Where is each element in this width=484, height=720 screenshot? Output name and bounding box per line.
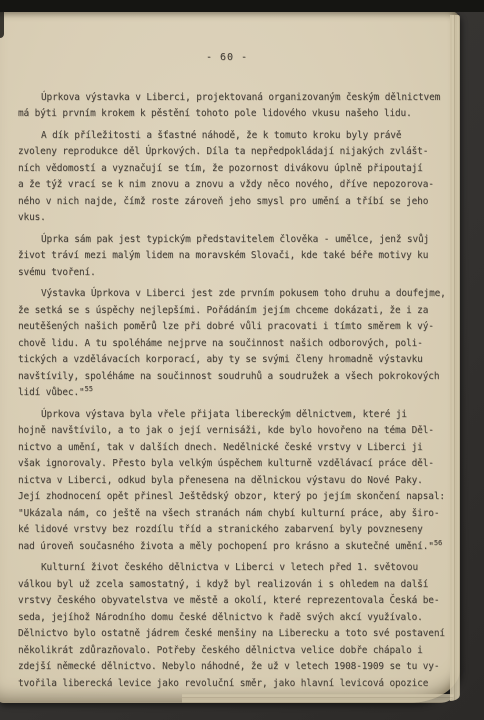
footnote-ref: 56 — [434, 539, 442, 547]
text-line: zvoleny reprodukce děl Úprkových. Díla t… — [18, 144, 436, 161]
text-line: tických a vzdělávacích korporací, aby ty… — [18, 352, 436, 369]
text-line: Kulturní život českého dělnictva v Liber… — [18, 560, 436, 577]
text-line: několikrát zdůrazňovalo. Potřeby českého… — [18, 643, 436, 660]
text-line: Úprkova výstava byla vřele přijata liber… — [18, 407, 436, 424]
text-line: A dík příležitosti a šťastné náhodě, že … — [18, 128, 436, 145]
text-line: Výstavka Úprkova v Liberci jest zde prvn… — [18, 286, 436, 303]
paragraph: Úprkova výstava byla vřele přijata liber… — [18, 407, 436, 556]
scan-photo-background: - 60 - Úprkova výstavka v Liberci, proje… — [0, 0, 484, 720]
paragraph: Úprkova výstavka v Liberci, projektovaná… — [18, 90, 436, 123]
text-line: však ignorovaly. Přesto byla velkým úspě… — [18, 456, 436, 473]
text-line: ních vědomostí a vyznačují se tím, že po… — [18, 161, 436, 178]
text-line: neutěšených našich poměrů lze při dobré … — [18, 319, 436, 336]
photo-top-bar — [0, 0, 484, 12]
text-block: Úprkova výstavka v Liberci, projektovaná… — [18, 90, 436, 693]
text-line: svému tvoření. — [18, 265, 436, 282]
photo-corner-shadow — [0, 12, 4, 38]
text-line: lidí vůbec."55 — [18, 385, 436, 402]
text-line: Úprka sám pak jest typickým představitel… — [18, 232, 436, 249]
text-line: že setká se s úspěchy nejlepšími. Pořádá… — [18, 303, 436, 320]
text-line: navštívily, spoléháme na součinnost soud… — [18, 369, 436, 386]
text-line: Dělnictvo bylo ostatně jádrem české menš… — [18, 626, 436, 643]
text-line: život tráví mezi malým lidem na moravské… — [18, 248, 436, 265]
text-line: vkus. — [18, 210, 436, 227]
footnote-ref: 55 — [85, 385, 93, 393]
text-line: vrstvy českého obyvatelstva ve městě a o… — [18, 593, 436, 610]
text-line: válkou byl už zcela samostatný, i když b… — [18, 577, 436, 594]
text-line: seda, jejíhož Národního domu české dělni… — [18, 610, 436, 627]
text-line: zdejší německé dělnictvo. Nebylo náhodné… — [18, 659, 436, 676]
text-line: hojně navštívilo, a to jak o její vernis… — [18, 423, 436, 440]
text-line: Její zhodnocení opět přinesl Ještědský o… — [18, 489, 436, 506]
paragraph: Úprka sám pak jest typickým představitel… — [18, 232, 436, 282]
text-line: má býti prvním krokem k pěstění tohoto p… — [18, 106, 436, 123]
book-page: - 60 - Úprkova výstavka v Liberci, proje… — [0, 11, 460, 703]
text-line: Úprkova výstavka v Liberci, projektovaná… — [18, 90, 436, 107]
text-line: tvořila liberecká levice jako revoluční … — [18, 676, 436, 693]
text-line: "Ukázala nám, co ještě na všech stranách… — [18, 506, 436, 523]
paragraph: Výstavka Úprkova v Liberci jest zde prvn… — [18, 286, 436, 402]
text-line: nictvo a umění, tak v dalších dnech. Ned… — [18, 440, 436, 457]
text-line: ného v nich najde, čímž roste zároveň je… — [18, 194, 436, 211]
page-number: - 60 - — [18, 50, 436, 67]
text-line: ké lidové vrstvy bez rozdílu tříd a stra… — [18, 522, 436, 539]
text-line: nictva v Liberci, odkud byla přenesena n… — [18, 473, 436, 490]
text-line: chově lidu. A tu spoléháme nejprve na so… — [18, 336, 436, 353]
page-content: - 60 - Úprkova výstavka v Liberci, proje… — [0, 11, 460, 697]
paragraph: A dík příležitosti a šťastné náhodě, že … — [18, 128, 436, 227]
text-line: nad úroveň současného života a měly poch… — [18, 539, 436, 556]
paragraph: Kulturní život českého dělnictva v Liber… — [18, 560, 436, 692]
text-line: a že týž vrací se k nim znovu a znovu a … — [18, 177, 436, 194]
